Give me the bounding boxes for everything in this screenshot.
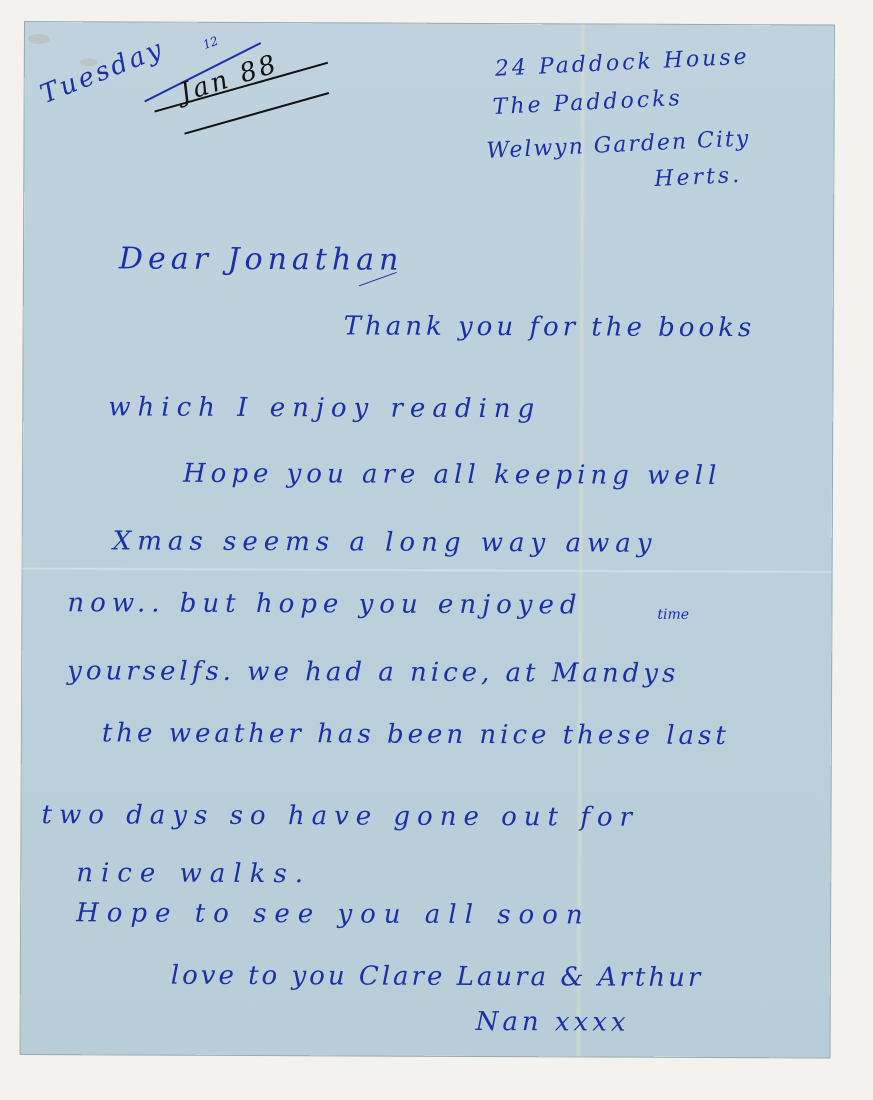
body-line-8: two days so have gone out for bbox=[41, 802, 639, 831]
scanned-letter: Tuesday 12 Jan 88 24 Paddock House The P… bbox=[0, 0, 873, 1100]
body-line-2: which I enjoy reading bbox=[108, 394, 541, 422]
body-line-9: nice walks. bbox=[76, 860, 311, 887]
signature: Nan xxxx bbox=[476, 1009, 630, 1036]
salutation: Dear Jonathan bbox=[119, 244, 404, 275]
body-line-6: yourselfs. we had a nice, at Mandys bbox=[67, 658, 679, 687]
horizontal-fold-crease bbox=[23, 567, 832, 574]
address-line-1: 24 Paddock House bbox=[494, 47, 750, 81]
insertion-above: time bbox=[657, 608, 689, 622]
body-line-3: Hope you are all keeping well bbox=[183, 461, 721, 489]
body-line-7: the weather has been nice these last bbox=[102, 720, 730, 749]
paper-stain bbox=[28, 34, 50, 44]
body-line-11: love to you Clare Laura & Arthur bbox=[171, 963, 704, 991]
letter-paper: Tuesday 12 Jan 88 24 Paddock House The P… bbox=[20, 22, 833, 1058]
body-line-10: Hope to see you all soon bbox=[76, 900, 591, 928]
address-line-2: The Paddocks bbox=[492, 88, 683, 119]
address-line-3: Welwyn Garden City bbox=[486, 128, 751, 163]
body-line-5: now.. but hope you enjoyed bbox=[67, 590, 582, 618]
body-line-4: Xmas seems a long way away bbox=[113, 528, 658, 556]
address-line-4: Herts. bbox=[654, 165, 743, 191]
body-line-1: Thank you for the books bbox=[344, 313, 756, 341]
date-number: 12 bbox=[201, 35, 219, 51]
